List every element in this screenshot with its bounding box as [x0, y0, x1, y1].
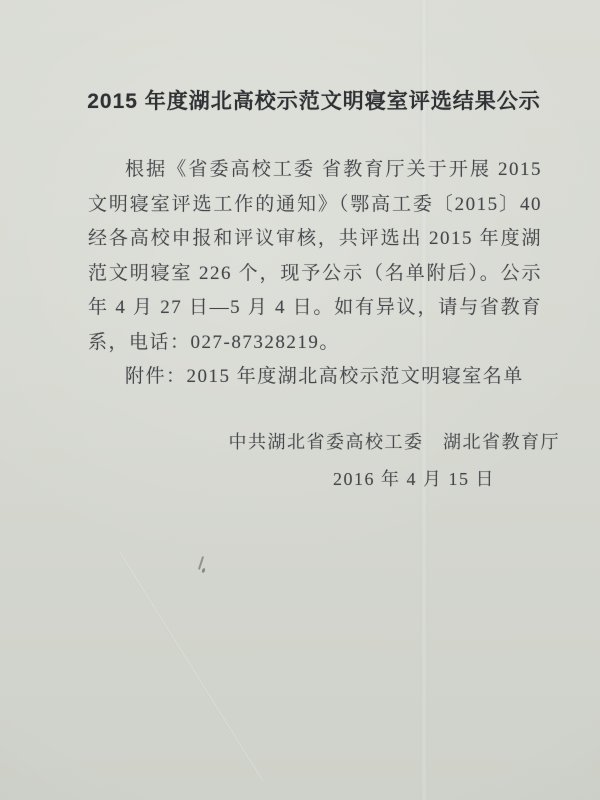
paper-crease	[118, 550, 264, 781]
attachment-line: 附件：2015 年度湖北高校示范文明寝室名单	[88, 360, 542, 395]
paper-speck	[201, 568, 206, 574]
body-line: 年 4 月 27 日—5 月 4 日。如有异议，请与省教育厅思政处联	[88, 291, 542, 326]
body-line: 系，电话：027-87328219。	[88, 326, 542, 361]
page-title: 2015 年度湖北高校示范文明寝室评选结果公示	[0, 86, 600, 118]
document-page: 2015 年度湖北高校示范文明寝室评选结果公示 根据《省委高校工委 省教育厅关于…	[0, 0, 600, 800]
paper-crease-mark	[198, 556, 204, 570]
body-paragraph: 根据《省委高校工委 省教育厅关于开展 2015 年度高校 文明寝室评选工作的通知…	[88, 153, 542, 395]
paper-fold-line	[420, 0, 428, 800]
signature-line: 中共湖北省委高校工委 湖北省教育厅	[229, 430, 561, 454]
body-line: 根据《省委高校工委 省教育厅关于开展 2015 年度高校	[88, 153, 542, 188]
body-line: 经各高校申报和评议审核，共评选出 2015 年度湖北高校示	[88, 222, 542, 257]
date-line: 2016 年 4 月 15 日	[333, 467, 495, 491]
body-line: 文明寝室评选工作的通知》（鄂高工委〔2015〕40 号）精神，	[88, 188, 542, 223]
body-line: 范文明寝室 226 个，现予公示（名单附后）。公示时间：2016	[88, 257, 542, 292]
